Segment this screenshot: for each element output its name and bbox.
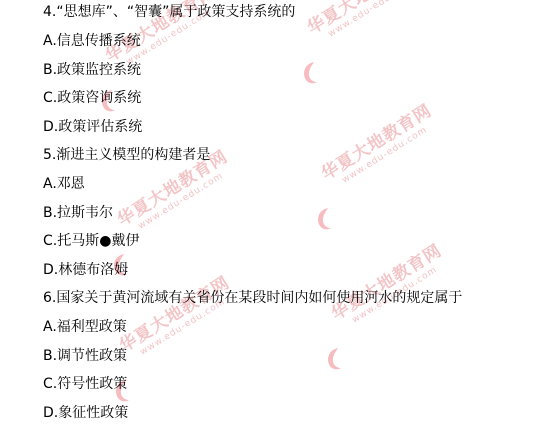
- question-5-option-d: D.林德布洛姆: [43, 261, 128, 279]
- question-5-option-a: A.邓恩: [43, 175, 85, 193]
- watermark-logo-icon: [300, 60, 320, 86]
- watermark: 华夏大地教育网 www.edu-edu.com: [325, 237, 450, 333]
- question-4-option-b: B.政策监控系统: [43, 61, 141, 79]
- question-4-stem: 4.“思想库”、“智囊”属于政策支持系统的: [43, 3, 295, 21]
- question-4-option-c: C.政策咨询系统: [43, 89, 141, 107]
- watermark: 华夏大地教育网 www.edu-edu.com: [301, 0, 426, 47]
- watermark-logo-icon: [314, 206, 334, 232]
- question-6-option-d: D.象征性政策: [43, 404, 128, 422]
- watermark: 华夏大地教育网 www.edu-edu.com: [113, 269, 238, 365]
- question-6-option-a: A.福利型政策: [43, 318, 127, 336]
- question-6-option-c: C.符号性政策: [43, 375, 127, 393]
- question-4-option-a: A.信息传播系统: [43, 32, 141, 50]
- question-5-option-b: B.拉斯韦尔: [43, 204, 113, 222]
- question-6-stem: 6.国家关于黄河流域有关省份在某段时间内如何使用河水的规定属于: [43, 289, 462, 307]
- watermark-logo-icon: [324, 346, 344, 372]
- watermark: 华夏大地教育网 www.edu-edu.com: [315, 97, 440, 193]
- question-6-option-b: B.调节性政策: [43, 347, 127, 365]
- question-5-stem: 5.渐进主义模型的构建者是: [43, 146, 210, 164]
- question-5-option-c: C.托马斯●戴伊: [43, 232, 139, 250]
- question-4-option-d: D.政策评估系统: [43, 118, 142, 136]
